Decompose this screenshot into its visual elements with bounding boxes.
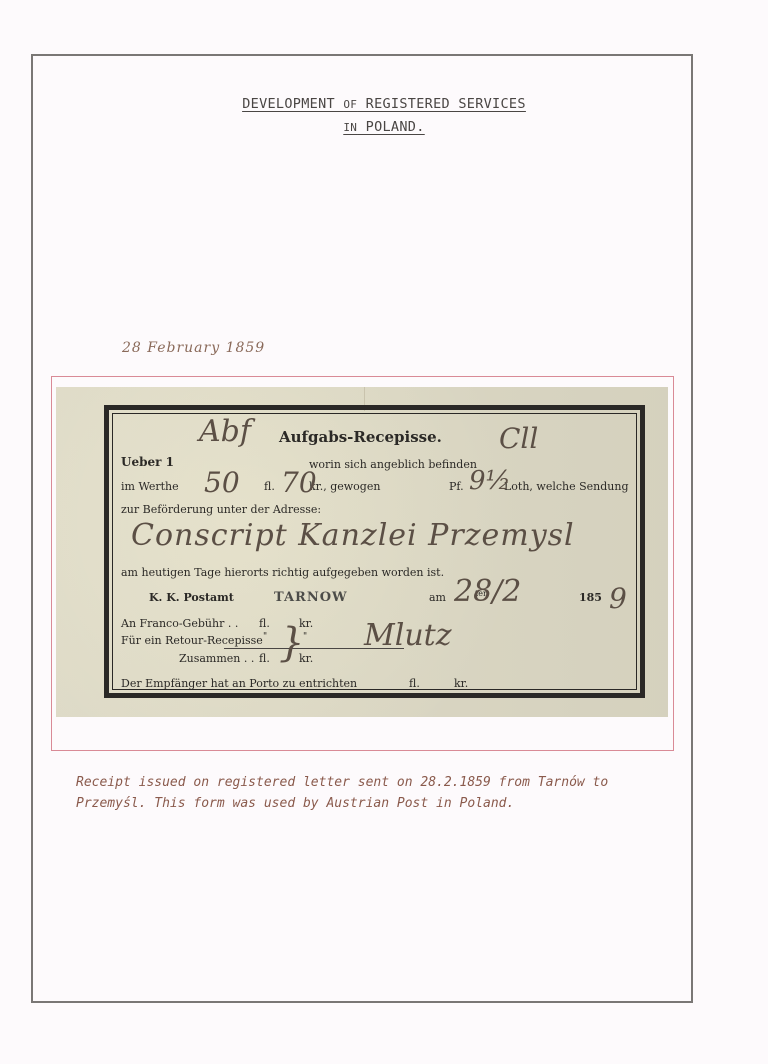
fee-zusammen: Zusammen . .: [179, 652, 254, 665]
line-fl: fl.: [264, 480, 275, 493]
handwriting-year-digit: 9: [609, 582, 627, 615]
receipt-document: Aufgabs-Recepisse. Ueber 1 worin sich an…: [56, 387, 668, 717]
line-befoerderung: zur Beförderung unter der Adresse:: [121, 503, 321, 516]
line-heutigen: am heutigen Tage hierorts richtig aufgeg…: [121, 566, 444, 579]
line-am: am: [429, 591, 446, 604]
handwriting-date: 28/2: [454, 574, 521, 609]
handwriting-address: Conscript Kanzlei Przemysl: [131, 518, 575, 553]
handwriting-signature: Mlutz: [364, 618, 452, 653]
handwriting-value-kr: 70: [281, 466, 317, 499]
date-label: 28 February 1859: [122, 340, 265, 356]
handwriting-mark-right: Cll: [499, 422, 538, 455]
line-empfaenger: Der Empfänger hat an Porto zu entrichten: [121, 677, 357, 690]
fee-retour: Für ein Retour-Recepisse: [121, 634, 263, 647]
caption-text: Receipt issued on registered letter sent…: [76, 772, 636, 814]
tarnow-postmark: TARNOW: [274, 590, 348, 605]
line-year: 185: [579, 591, 602, 604]
handwriting-value-fl: 50: [204, 466, 240, 499]
page-title-line-1: DEVELOPMENT OF REGISTERED SERVICES: [0, 96, 768, 112]
line-worin: worin sich angeblich befinden: [309, 458, 477, 471]
handwriting-bracket: }: [279, 620, 304, 666]
line-ueber: Ueber 1: [121, 455, 174, 469]
page-title-line-2: IN POLAND.: [0, 119, 768, 135]
fee-franco: An Franco-Gebühr . .: [121, 617, 238, 630]
line-pf: Pf.: [449, 480, 464, 493]
line-loth: Loth, welche Sendung: [504, 480, 629, 493]
line-werthe: im Werthe: [121, 480, 179, 493]
receipt-heading: Aufgabs-Recepisse.: [279, 428, 442, 446]
handwriting-mark-left: Abf: [199, 414, 251, 449]
line-postamt: K. K. Postamt: [149, 591, 234, 604]
receipt-border: Aufgabs-Recepisse. Ueber 1 worin sich an…: [104, 405, 645, 698]
handwriting-weight: 9½: [469, 466, 511, 496]
line-kr-gewogen: kr., gewogen: [309, 480, 380, 493]
